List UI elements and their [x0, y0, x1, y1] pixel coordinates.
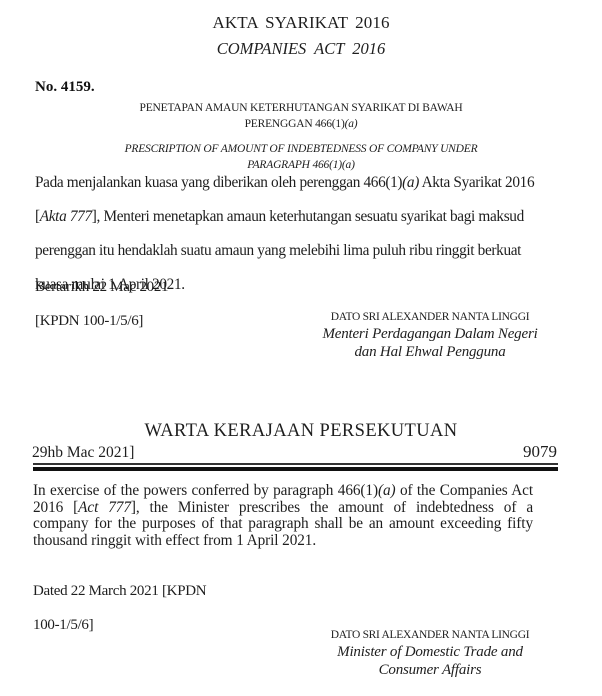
act-title-malay: AKTA SYARIKAT 2016 — [0, 13, 602, 33]
malay-paragraph-line: perenggan itu hendaklah suatu amaun yang… — [35, 242, 535, 259]
text: Pada menjalankan kuasa yang diberikan ol… — [35, 174, 402, 191]
text: 2016 [ — [33, 499, 78, 516]
signatory-name: DATO SRI ALEXANDER NANTA LINGGI — [300, 310, 560, 325]
italic-text: Akta 777 — [40, 208, 92, 225]
notice-title-malay-line1: PENETAPAN AMAUN KETERHUTANGAN SYARIKAT D… — [0, 100, 602, 116]
act-title-english: COMPANIES ACT 2016 — [0, 39, 602, 59]
malay-paragraph-line: [Akta 777], Menteri menetapkan amaun ket… — [35, 208, 535, 225]
notice-title-english-line1: PRESCRIPTION OF AMOUNT OF INDEBTEDNESS O… — [0, 141, 602, 157]
italic-text: (a) — [402, 174, 419, 191]
header-rule-thin — [33, 463, 558, 465]
gazette-page-number: 9079 — [523, 442, 557, 462]
english-signature-block: DATO SRI ALEXANDER NANTA LINGGI Minister… — [300, 628, 560, 679]
signatory-name: DATO SRI ALEXANDER NANTA LINGGI — [300, 628, 560, 643]
header-rule-thick — [33, 467, 558, 471]
english-paragraph-line: thousand ringgit with effect from 1 Apri… — [33, 533, 533, 550]
malay-date-block: Bertarikh 22 Mac 2021 [KPDN 100-1/5/6] — [35, 262, 168, 347]
gazette-date: 29hb Mac 2021] — [32, 444, 134, 462]
english-paragraph: In exercise of the powers conferred by p… — [33, 483, 533, 549]
signatory-title-line1: Minister of Domestic Trade and — [300, 643, 560, 661]
english-reference: 100-1/5/6] — [33, 617, 206, 634]
notice-title-malay: PENETAPAN AMAUN KETERHUTANGAN SYARIKAT D… — [0, 100, 602, 132]
title-text: PERENGGAN 466(1) — [245, 118, 345, 130]
english-date-block: Dated 22 March 2021 [KPDN 100-1/5/6] — [33, 566, 206, 651]
text: ], Menteri menetapkan amaun keterhutanga… — [92, 208, 524, 225]
italic-text: Act 777 — [78, 499, 131, 516]
english-date: Dated 22 March 2021 [KPDN — [33, 583, 206, 600]
malay-signature-block: DATO SRI ALEXANDER NANTA LINGGI Menteri … — [300, 310, 560, 361]
english-paragraph-line: 2016 [Act 777], the Minister prescribes … — [33, 500, 533, 517]
text: of the Companies Act — [396, 482, 534, 499]
title-italic-text: (a) — [345, 118, 358, 130]
gazette-title: WARTA KERAJAAN PERSEKUTUAN — [0, 421, 602, 442]
notice-number: No. 4159. — [35, 79, 95, 96]
malay-reference: [KPDN 100-1/5/6] — [35, 313, 168, 330]
malay-date: Bertarikh 22 Mac 2021 — [35, 279, 168, 296]
malay-paragraph-line: Pada menjalankan kuasa yang diberikan ol… — [35, 174, 535, 191]
signatory-title-line2: dan Hal Ehwal Pengguna — [300, 343, 560, 361]
english-paragraph-line: In exercise of the powers conferred by p… — [33, 483, 533, 500]
text: ], the Minister prescribes the amount of… — [131, 499, 533, 516]
notice-title-malay-line2: PERENGGAN 466(1)(a) — [0, 116, 602, 132]
text: Akta Syarikat 2016 — [419, 174, 534, 191]
signatory-title-line1: Menteri Perdagangan Dalam Negeri — [300, 325, 560, 343]
text: In exercise of the powers conferred by p… — [33, 482, 378, 499]
english-paragraph-line: company for the purposes of that paragra… — [33, 516, 533, 533]
italic-text: (a) — [378, 482, 396, 499]
signatory-title-line2: Consumer Affairs — [300, 661, 560, 679]
